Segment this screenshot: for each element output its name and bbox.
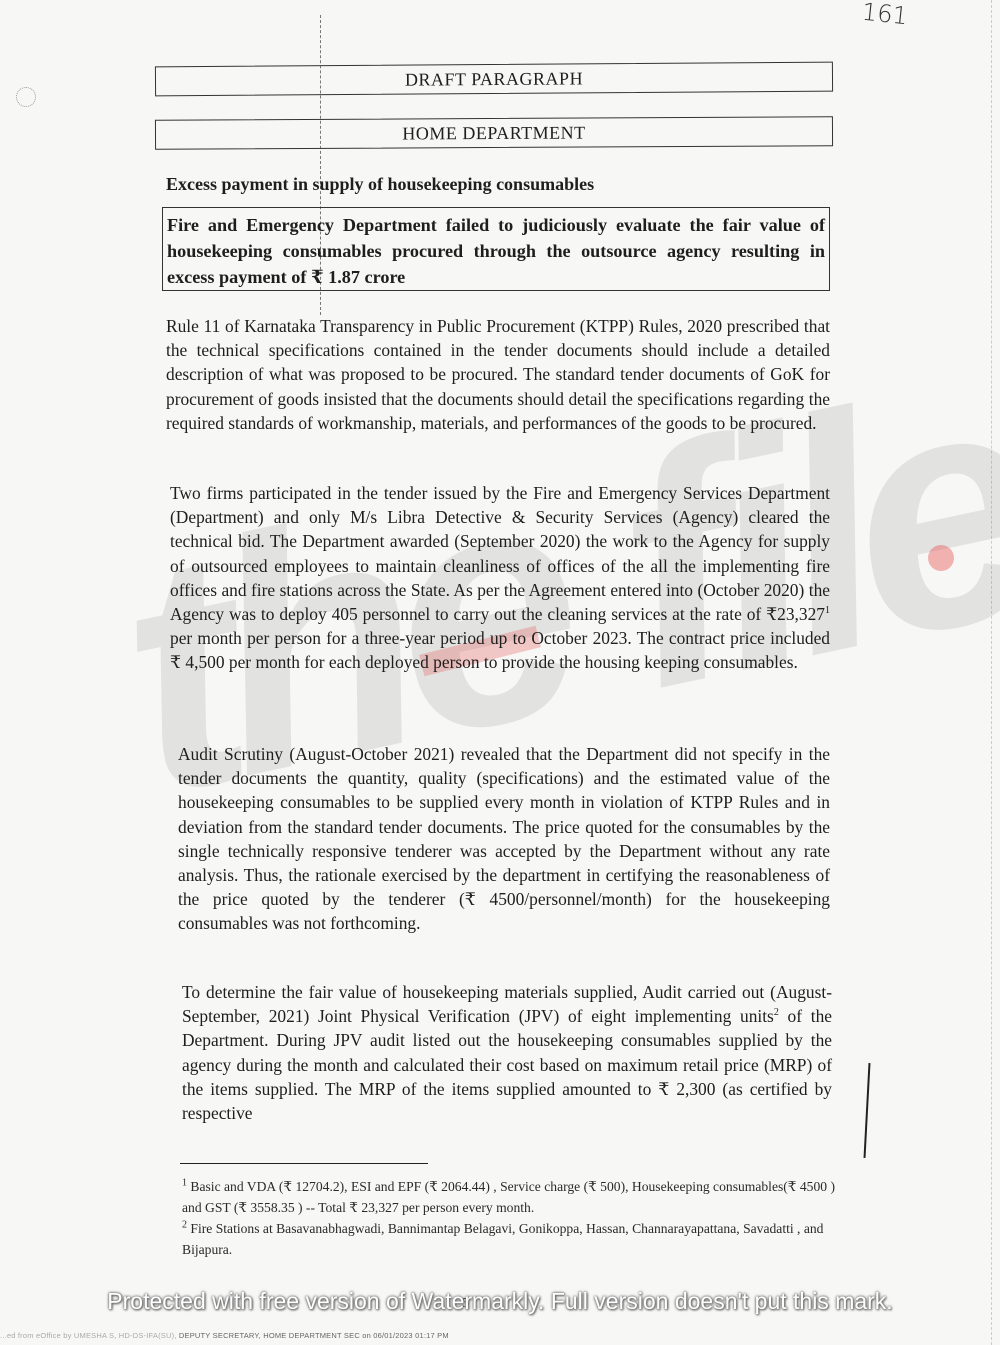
watermarkly-overlay: Protected with free version of Watermark…	[0, 1288, 1000, 1315]
document-page: the file 161 DRAFT PARAGRAPH HOME DEPART…	[0, 0, 1000, 1345]
paragraph-fair-value: To determine the fair value of housekeep…	[182, 980, 832, 1125]
eoffice-footer-text: DEPUTY SECRETARY, HOME DEPARTMENT SEC on…	[179, 1331, 449, 1340]
paragraph-text: Two firms participated in the tender iss…	[170, 483, 830, 624]
eoffice-footer: ...ed from eOffice by UMESHA S, HD-DS-IF…	[0, 1331, 449, 1340]
watermark-dot-mark	[928, 545, 954, 571]
punch-hole-icon	[16, 87, 36, 107]
footnote-ref-1: 1	[825, 605, 830, 616]
footnote-2: 2 Fire Stations at Basavanabhagwadi, Ban…	[182, 1218, 842, 1260]
footnote-1: 1 Basic and VDA (₹ 12704.2), ESI and EPF…	[182, 1176, 842, 1218]
footnotes: 1 Basic and VDA (₹ 12704.2), ESI and EPF…	[182, 1176, 842, 1260]
footnote-divider	[180, 1163, 428, 1164]
paragraph-text: To determine the fair value of housekeep…	[182, 982, 832, 1026]
handwritten-page-number: 161	[861, 0, 909, 30]
eoffice-footer-prefix: ...ed from eOffice by UMESHA S, HD-DS-IF…	[0, 1331, 179, 1340]
paragraph-text: per month per person for a three-year pe…	[170, 628, 830, 672]
section-title: Excess payment in supply of housekeeping…	[166, 174, 594, 195]
paragraph-tender-award: Two firms participated in the tender iss…	[170, 481, 830, 675]
page-margin-line	[991, 0, 992, 1345]
summary-box: Fire and Emergency Department failed to …	[162, 207, 830, 291]
department-heading: HOME DEPARTMENT	[155, 116, 833, 150]
paragraph-audit-scrutiny: Audit Scrutiny (August-October 2021) rev…	[178, 742, 830, 936]
draft-paragraph-heading: DRAFT PARAGRAPH	[155, 62, 833, 97]
pen-margin-mark	[864, 1063, 871, 1158]
paragraph-ktpp-rules: Rule 11 of Karnataka Transparency in Pub…	[166, 314, 830, 435]
